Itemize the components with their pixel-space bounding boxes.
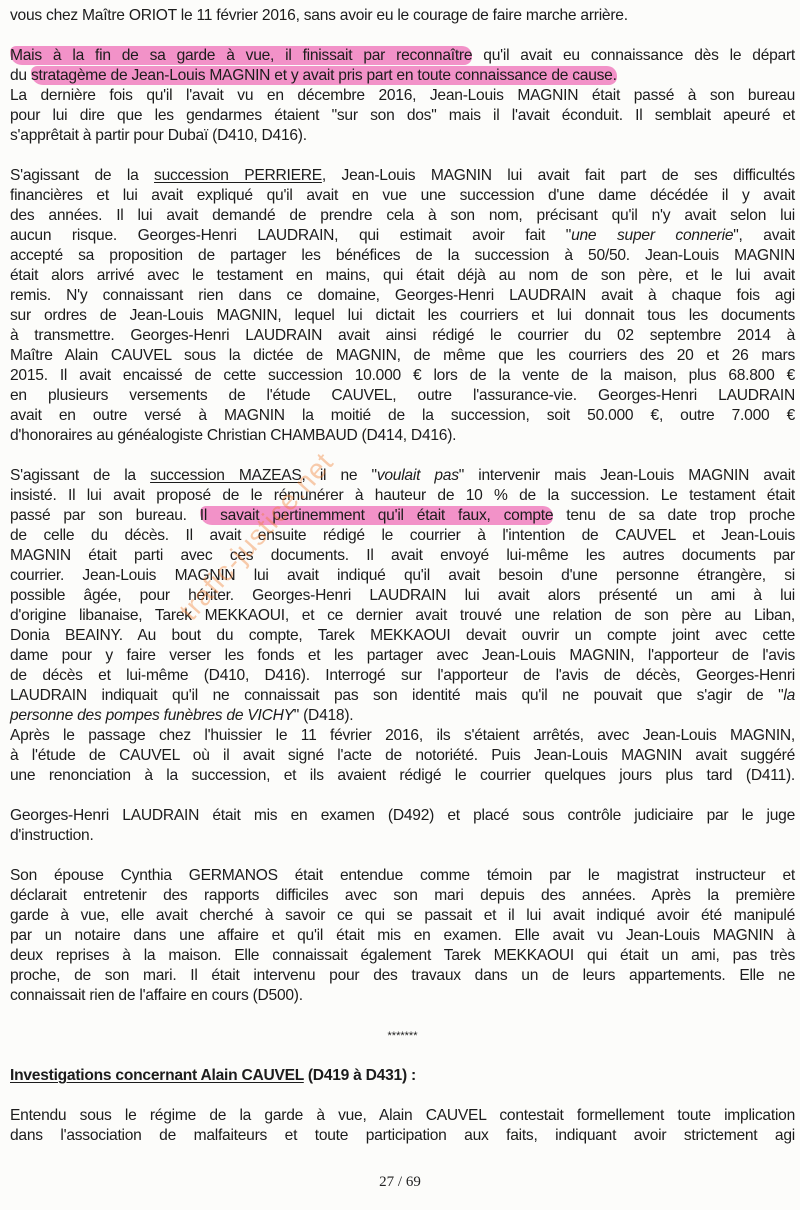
text-line: insisté. Il lui avait proposé de le rému… bbox=[10, 486, 795, 506]
paragraph-cauvel: Entendu sous le régime de la garde à vue… bbox=[10, 1106, 795, 1146]
text-line: des années. Il lui avait demandé de pren… bbox=[10, 206, 795, 226]
quoted-italic: une super connerie bbox=[571, 227, 733, 244]
section-separator: ******* bbox=[10, 1026, 795, 1046]
text-line: d'honoraires au généalogiste Christian C… bbox=[10, 426, 795, 446]
text-line: possible âgée, pour hériter. Georges-Hen… bbox=[10, 586, 795, 606]
text-line: était alors arrivé avec le testament en … bbox=[10, 266, 795, 286]
text-line: de décès et lui-même (D410, D416). Inter… bbox=[10, 666, 795, 686]
paragraph-succession-perriere: S'agissant de la succession PERRIERE, Je… bbox=[10, 166, 795, 446]
text-line: d'instruction. bbox=[10, 826, 795, 846]
text-line: garde à vue, elle avait cherché à savoir… bbox=[10, 906, 795, 926]
text-line: déclarait entretenir des rapports diffic… bbox=[10, 886, 795, 906]
text-line: à l'étude de CAUVEL où il avait signé l'… bbox=[10, 746, 795, 766]
text-line: Donia BEAINY. Au bout du compte, Tarek M… bbox=[10, 626, 795, 646]
text-line: dans l'association de malfaiteurs et tou… bbox=[10, 1126, 795, 1146]
quoted-italic: voulait pas bbox=[377, 467, 459, 484]
text-line: financières et lui avait expliqué qu'il … bbox=[10, 186, 795, 206]
underlined-term: succession PERRIERE bbox=[154, 167, 322, 184]
text-line: à transmettre. Georges-Henri LAUDRAIN av… bbox=[10, 326, 795, 346]
text-line: passé par son bureau. Il savait pertinem… bbox=[10, 506, 795, 526]
text-line: une renonciation à la succession, et ils… bbox=[10, 766, 795, 786]
text-line: d'origine libanaise, Tarek MEKKAOUI, et … bbox=[10, 606, 795, 626]
paragraph-garde-a-vue: Mais à la fin de sa garde à vue, il fini… bbox=[10, 46, 795, 146]
text-line: s'apprêtait à partir pour Dubaï (D410, D… bbox=[10, 126, 795, 146]
text-line: Maître Alain CAUVEL sous la dictée de MA… bbox=[10, 346, 795, 366]
text-line: de celle du décès. Il avait ensuite rédi… bbox=[10, 526, 795, 546]
text-line: LAUDRAIN indiquait qu'il ne connaissait … bbox=[10, 686, 795, 706]
text-line: Georges-Henri LAUDRAIN était mis en exam… bbox=[10, 806, 795, 826]
text-line: proche, de son mari. Il était intervenu … bbox=[10, 966, 795, 986]
text-line: Après le passage chez l'huissier le 11 f… bbox=[10, 726, 795, 746]
text-line: S'agissant de la succession PERRIERE, Je… bbox=[10, 166, 795, 186]
document-page: vous chez Maître ORIOT le 11 février 201… bbox=[0, 0, 800, 1210]
text-line: vous chez Maître ORIOT le 11 février 201… bbox=[10, 6, 795, 26]
text-line: sur ordres de Jean-Louis MAGNIN, lequel … bbox=[10, 306, 795, 326]
page-number: 27 / 69 bbox=[0, 1174, 800, 1191]
highlighted-text: Mais à la fin de sa garde à vue, il fini… bbox=[10, 46, 472, 65]
text-line: dame pour y faire verser les fonds et le… bbox=[10, 646, 795, 666]
heading-title: Investigations concernant Alain CAUVEL bbox=[10, 1067, 304, 1084]
paragraph-oriot: vous chez Maître ORIOT le 11 février 201… bbox=[10, 6, 795, 26]
text-line: deux reprises à la maison. Elle connaiss… bbox=[10, 946, 795, 966]
text-line: avait en outre versé à MAGNIN la moitié … bbox=[10, 406, 795, 426]
text-line: Entendu sous le régime de la garde à vue… bbox=[10, 1106, 795, 1126]
text-line: aucun risque. Georges-Henri LAUDRAIN, qu… bbox=[10, 226, 795, 246]
text-line: La dernière fois qu'il l'avait vu en déc… bbox=[10, 86, 795, 106]
text-line: connaissait rien de l'affaire en cours (… bbox=[10, 986, 795, 1006]
document-body: vous chez Maître ORIOT le 11 février 201… bbox=[10, 6, 795, 1146]
text-line: courrier. Jean-Louis MAGNIN lui avait in… bbox=[10, 566, 795, 586]
text-line: personne des pompes funèbres de VICHY" (… bbox=[10, 706, 795, 726]
text-line: remis. N'y connaissant rien dans ce doma… bbox=[10, 286, 795, 306]
section-heading: Investigations concernant Alain CAUVEL (… bbox=[10, 1066, 795, 1086]
paragraph-germanos: Son épouse Cynthia GERMANOS était entend… bbox=[10, 866, 795, 1006]
text-line: Mais à la fin de sa garde à vue, il fini… bbox=[10, 46, 795, 66]
heading-reference: (D419 à D431) : bbox=[304, 1067, 416, 1084]
underlined-term: succession MAZEAS bbox=[150, 467, 301, 484]
highlighted-text: stratagème de Jean-Louis MAGNIN et y ava… bbox=[31, 66, 617, 85]
text-line: du stratagème de Jean-Louis MAGNIN et y … bbox=[10, 66, 795, 86]
quoted-italic: personne des pompes funèbres de VICHY bbox=[10, 707, 294, 724]
text-line: S'agissant de la succession MAZEAS, il n… bbox=[10, 466, 795, 486]
highlighted-text: Il savait pertinemment qu'il était faux,… bbox=[200, 506, 553, 525]
text-line: pour lui dire que les gendarmes étaient … bbox=[10, 106, 795, 126]
text-line: MAGNIN était parti avec ces documents. I… bbox=[10, 546, 795, 566]
text-line: par un notaire dans une affaire et qu'il… bbox=[10, 926, 795, 946]
paragraph-succession-mazeas: S'agissant de la succession MAZEAS, il n… bbox=[10, 466, 795, 786]
text-line: 2015. Il avait encaissé de cette success… bbox=[10, 366, 795, 386]
text-line: en plusieurs versements de l'étude CAUVE… bbox=[10, 386, 795, 406]
text-line: Son épouse Cynthia GERMANOS était entend… bbox=[10, 866, 795, 886]
text-line: accepté sa proposition de partager les b… bbox=[10, 246, 795, 266]
paragraph-mise-en-examen: Georges-Henri LAUDRAIN était mis en exam… bbox=[10, 806, 795, 846]
